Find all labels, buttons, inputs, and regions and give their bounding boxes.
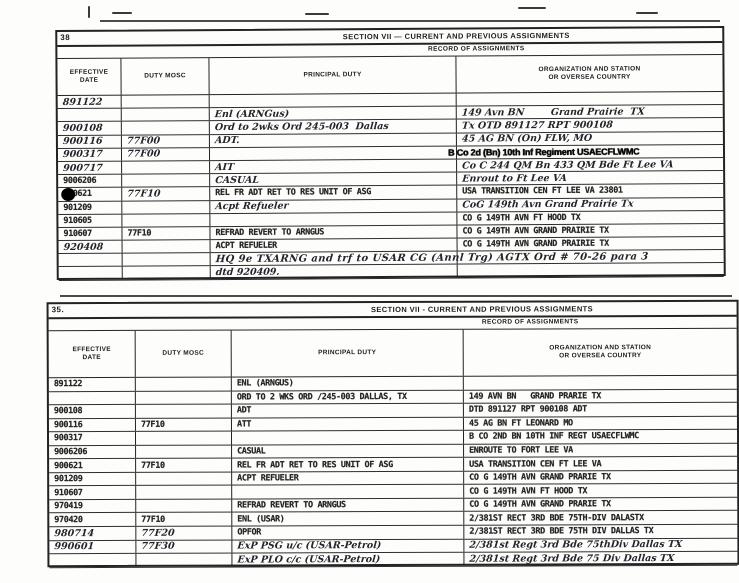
principal-duty-cell: ADT.	[210, 133, 457, 147]
principal-duty-cell: AIT	[210, 160, 457, 174]
organization-cell: CO G 149TH AVN GRAND PRARIE TX	[464, 471, 737, 484]
effective-date-cell	[49, 391, 136, 404]
scan-line	[60, 295, 732, 297]
record-header-bar: RECORD OF ASSIGNMENTS	[49, 317, 737, 331]
organization-cell: B CO 2ND BN 10TH INF REGT USAECFLWMC	[464, 430, 737, 443]
organization-cell: CO G 149TH AVN FT HOOD TX	[464, 484, 737, 497]
column-header-effective-date: EFFECTIVE DATE	[49, 331, 136, 377]
organization-cell: 45 AG BN FT LEONARD MO	[464, 416, 737, 429]
effective-date-cell: 900116	[49, 419, 136, 432]
table-row: dtd 920409.	[59, 263, 724, 280]
effective-date-cell	[58, 109, 122, 122]
duty-mosc-cell	[122, 161, 210, 174]
organization-cell: Enrout to Ft Lee VA	[457, 171, 723, 185]
organization-cell: CO G 149TH AVN GRAND PRARIE TX	[464, 498, 737, 511]
effective-date-cell: 980714	[49, 527, 136, 540]
principal-duty-cell: ATT	[232, 417, 464, 430]
effective-date-cell: 900108	[49, 405, 136, 418]
principal-duty-cell	[210, 146, 457, 160]
duty-mosc-cell	[123, 267, 211, 280]
effective-date-cell: 910607	[58, 228, 122, 241]
principal-duty-cell	[232, 431, 464, 444]
scan-noise-mark	[112, 12, 132, 14]
duty-mosc-cell: 77F00	[122, 148, 210, 161]
duty-mosc-cell	[136, 432, 232, 445]
redaction-mark	[61, 188, 75, 201]
duty-mosc-cell	[122, 214, 210, 227]
principal-duty-cell: REFRAD REVERT TO ARNGUS	[210, 225, 457, 239]
organization-cell: CO G 149TH AVN GRAND PRAIRIE TX	[457, 224, 723, 238]
effective-date-cell: 900717	[58, 162, 122, 175]
column-header-organization: ORGANIZATION AND STATION OR OVERSEA COUN…	[456, 55, 722, 93]
principal-duty-cell: Ord to 2wks Ord 245-003 Dallas	[210, 120, 457, 134]
duty-mosc-cell	[136, 445, 232, 458]
duty-mosc-cell	[136, 405, 232, 418]
effective-date-cell: 970420	[49, 513, 136, 526]
organization-cell	[457, 92, 723, 106]
duty-mosc-cell: 77F20	[136, 527, 232, 540]
effective-date-cell: 900317	[49, 432, 136, 445]
organization-cell	[458, 263, 724, 277]
principal-duty-cell: Acpt Refueler	[210, 199, 457, 213]
principal-duty-cell: ExP PSG u/c (USAR-Petrol)	[232, 539, 464, 552]
effective-date-cell: 900621	[58, 188, 122, 201]
duty-mosc-cell	[122, 95, 210, 108]
scan-noise-mark	[88, 6, 90, 18]
effective-date-cell: 900108	[58, 122, 122, 135]
organization-cell: Tx OTD 891127 RPT 900108	[457, 118, 723, 132]
organization-cell: Co C 244 QM Bn 433 QM Bde Ft Lee VA	[457, 158, 723, 172]
duty-mosc-cell: 77F10	[136, 418, 232, 431]
column-header-duty-mosc: DUTY MOSC	[121, 58, 209, 95]
principal-duty-cell: REL FR ADT RET TO RES UNIT OF ASG	[232, 458, 464, 471]
organization-cell: CO G 149TH AVN GRAND PRAIRIE TX	[458, 237, 724, 251]
principal-duty-cell: CASUAL	[232, 444, 464, 457]
effective-date-cell: 910607	[49, 486, 136, 499]
principal-duty-cell: ADT	[232, 404, 464, 417]
duty-mosc-cell	[122, 121, 210, 134]
principal-duty-cell: dtd 920409.	[211, 265, 458, 279]
item-number: 38	[60, 33, 70, 42]
effective-date-cell: 970419	[49, 500, 136, 513]
organization-cell: 149 AVN BN GRAND PRARIE TX	[464, 389, 737, 402]
effective-date-cell: 910605	[58, 214, 122, 227]
column-header-row: EFFECTIVE DATE DUTY MOSC PRINCIPAL DUTY …	[57, 55, 722, 96]
duty-mosc-cell	[136, 554, 232, 567]
effective-date-cell	[59, 254, 123, 267]
principal-duty-cell	[210, 212, 457, 226]
organization-cell: ENROUTE TO FORT LEE VA	[464, 444, 737, 457]
column-header-principal-duty: PRINCIPAL DUTY	[232, 330, 464, 377]
duty-mosc-cell: 77F00	[122, 135, 210, 148]
organization-cell: CO G 149TH AVN FT HOOD TX	[457, 211, 723, 225]
effective-date-cell: 9006206	[49, 446, 136, 459]
principal-duty-cell: ORD TO 2 WKS ORD /245-003 DALLAS, TX	[232, 390, 464, 403]
effective-date-cell: 891122	[58, 96, 122, 109]
effective-date-cell: 900116	[58, 135, 122, 148]
effective-date-cell	[49, 554, 136, 567]
principal-duty-cell: HQ 9e TXARNG and trf to USAR CG (Annl Tr…	[211, 252, 458, 266]
organization-cell: USA TRANSITION CEN FT LEE VA 23801	[457, 184, 723, 198]
assignments-table-top: 38 SECTION VII — CURRENT AND PREVIOUS AS…	[55, 26, 726, 280]
item-number: 35.	[52, 305, 65, 314]
principal-duty-cell: ENL (ARNGUS)	[232, 377, 464, 390]
table-body: 891122ENL (ARNGUS)ORD TO 2 WKS ORD /245-…	[49, 376, 738, 568]
principal-duty-cell: CASUAL	[210, 173, 457, 187]
organization-cell: 2/381st Regt 3rd Bde 75 Div Dallas TX	[464, 552, 737, 565]
organization-cell	[464, 376, 737, 389]
scan-noise-mark	[518, 7, 546, 9]
principal-duty-cell: OPFOR	[232, 526, 464, 539]
duty-mosc-cell	[136, 486, 232, 499]
duty-mosc-cell: 77F10	[136, 459, 232, 472]
principal-duty-cell: REL FR ADT RET TO RES UNIT OF ASG	[210, 186, 457, 200]
effective-date-cell: 891122	[49, 378, 136, 391]
assignments-table-bottom: 35. SECTION VII - CURRENT AND PREVIOUS A…	[47, 300, 739, 567]
duty-mosc-cell	[136, 499, 232, 512]
duty-mosc-cell: 77F30	[136, 540, 232, 553]
scan-noise-mark	[636, 12, 658, 14]
effective-date-cell: 9006206	[58, 175, 122, 188]
duty-mosc-cell: 77F10	[122, 187, 210, 200]
duty-mosc-cell: 77F10	[136, 513, 232, 526]
duty-mosc-cell	[136, 391, 232, 404]
column-header-row: EFFECTIVE DATE DUTY MOSC PRINCIPAL DUTY …	[49, 329, 737, 378]
column-header-duty-mosc: DUTY MOSC	[136, 331, 232, 377]
duty-mosc-cell	[122, 108, 210, 121]
organization-cell: CoG 149th Avn Grand Prairie Tx	[457, 197, 723, 211]
effective-date-cell: 900621	[49, 459, 136, 472]
column-header-organization: ORGANIZATION AND STATION OR OVERSEA COUN…	[464, 329, 737, 376]
organization-cell: USA TRANSITION CEN FT LEE VA	[464, 457, 737, 470]
scanned-document-page: 38 SECTION VII — CURRENT AND PREVIOUS AS…	[0, 0, 739, 583]
organization-cell: B Co 2d (Bn) 10th Inf Regiment USAECFLWM…	[457, 145, 723, 159]
effective-date-cell: 990601	[49, 540, 136, 553]
table-body: 891122Enl (ARNGus)149 Avn BN Grand Prair…	[58, 92, 724, 281]
principal-duty-cell: Enl (ARNGus)	[210, 107, 457, 121]
section-title: SECTION VII — CURRENT AND PREVIOUS ASSIG…	[343, 31, 570, 41]
principal-duty-cell: ACPT REFUELER	[211, 239, 458, 253]
principal-duty-cell: ACPT REFUELER	[232, 472, 464, 485]
record-title: RECORD OF ASSIGNMENTS	[428, 45, 525, 53]
principal-duty-cell: REFRAD REVERT TO ARNGUS	[232, 499, 464, 512]
duty-mosc-cell	[136, 472, 232, 485]
column-header-effective-date: EFFECTIVE DATE	[57, 59, 121, 95]
organization-cell: 2/381st Regt 3rd Bde 75thDiv Dallas TX	[464, 538, 737, 551]
section-title: SECTION VII - CURRENT AND PREVIOUS ASSIG…	[371, 304, 593, 314]
column-header-principal-duty: PRINCIPAL DUTY	[209, 57, 456, 95]
organization-cell: 2/381ST RECT 3RD BDE 75TH DIV DALLAS TX	[464, 525, 737, 538]
record-title: RECORD OF ASSIGNMENTS	[482, 318, 579, 325]
effective-date-cell: 920408	[59, 241, 123, 254]
scan-noise-mark	[305, 13, 329, 15]
duty-mosc-cell	[122, 174, 210, 187]
duty-mosc-cell	[122, 201, 210, 214]
effective-date-cell: 901209	[49, 473, 136, 486]
principal-duty-cell: ENL (USAR)	[232, 512, 464, 525]
duty-mosc-cell	[123, 253, 211, 266]
table-row: ExP PLO c/c (USAR-Petrol)2/381st Regt 3r…	[49, 552, 737, 568]
principal-duty-cell	[210, 94, 457, 108]
principal-duty-cell	[232, 485, 464, 498]
effective-date-cell	[59, 267, 123, 280]
scan-line	[100, 20, 720, 22]
organization-cell: 45 AG BN (On) FLW, MO	[457, 132, 723, 146]
organization-cell: 2/381ST RECT 3RD BDE 75TH-DIV DALASTX	[464, 511, 737, 524]
effective-date-cell: 901209	[58, 201, 122, 214]
duty-mosc-cell: 77F10	[122, 227, 210, 240]
organization-cell: DTD 891127 RPT 900108 ADT	[464, 403, 737, 416]
duty-mosc-cell	[123, 240, 211, 253]
organization-cell: 149 Avn BN Grand Prairie TX	[457, 105, 723, 119]
effective-date-cell: 900317	[58, 148, 122, 161]
principal-duty-cell: ExP PLO c/c (USAR-Petrol)	[232, 553, 464, 566]
duty-mosc-cell	[136, 378, 232, 391]
